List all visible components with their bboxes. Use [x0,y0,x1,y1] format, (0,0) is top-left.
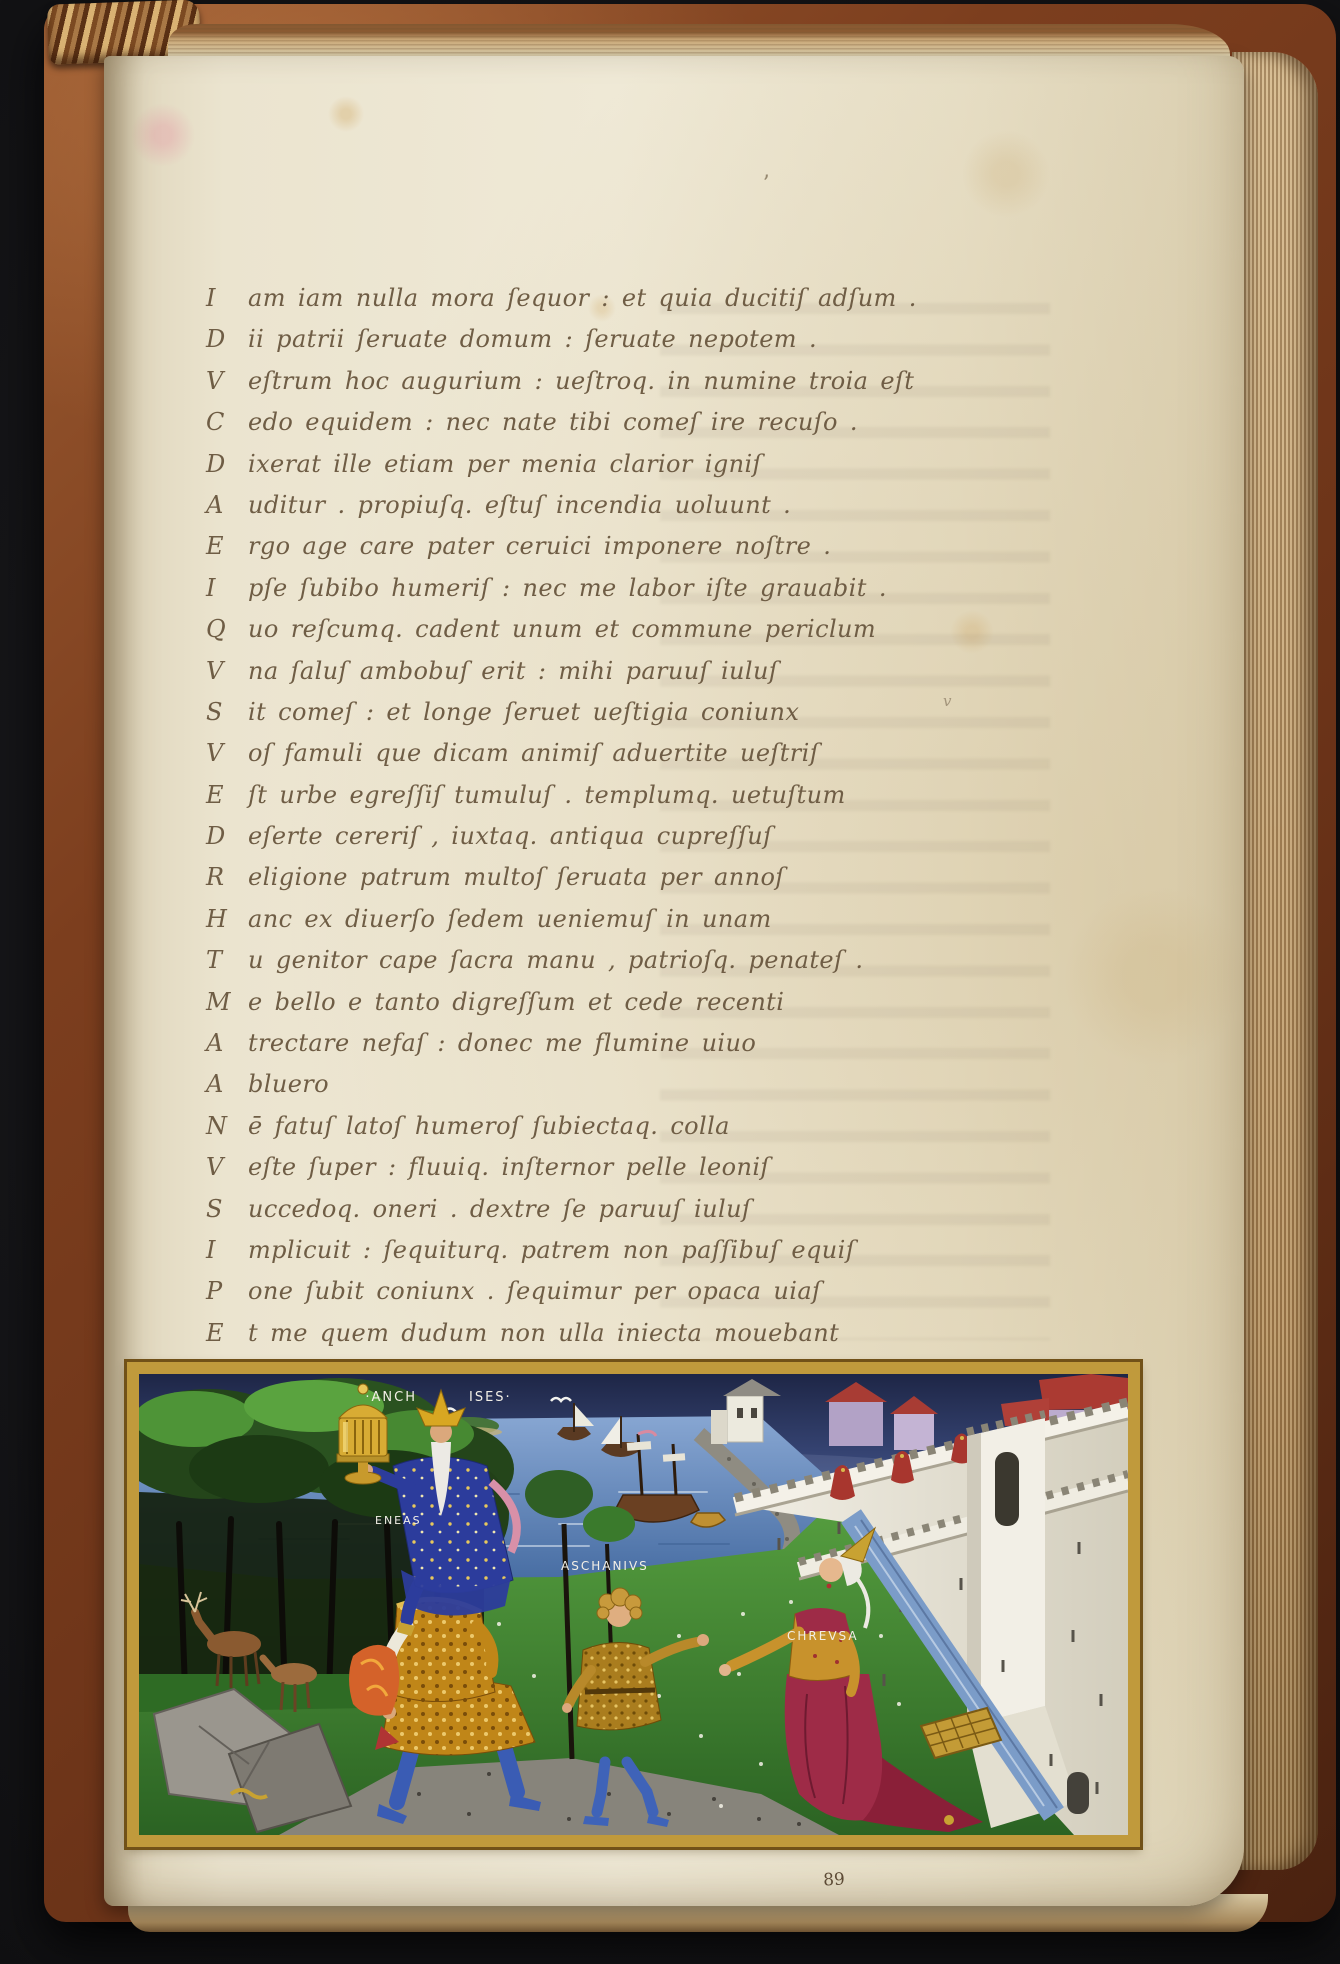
verse-initial: A [206,485,232,526]
verse-initial: E [206,526,232,567]
verse-line: Vna ſaluſ ambobuſ erit : mihi paruuſ iul… [206,651,1066,692]
marginal-apostrophe-mark: ʼ [762,172,769,197]
gold-slipper [944,1815,954,1825]
verse-initial: V [206,651,232,692]
verse-initial: D [206,444,232,485]
verse-line: Deſerte cereriſ , iuxtaq. antiqua cupreſ… [206,816,1066,857]
label-ascanius: ASCHANIVS [561,1559,649,1573]
verse-initial: S [206,1189,232,1230]
verse-text: eſtrum hoc augurium : ueſtroq. in numine… [248,367,914,395]
verse-line: Ergo age care pater ceruici imponere noſ… [206,526,1066,567]
verse-text: t me quem dudum non ulla iniecta moueban… [248,1319,839,1347]
verse-line: Dixerat ille etiam per menia clarior ign… [206,444,1066,485]
verse-initial: A [206,1064,232,1105]
verse-line: Religione patrum multoſ ſeruata per anno… [206,857,1066,898]
verse-text: one ſubit coniunx . ſequimur per opaca u… [248,1277,821,1305]
verse-text: uditur . propiuſq. eſtuſ incendia uoluun… [248,491,791,519]
verse-line: Sit comeſ : et longe ſeruet ueſtigia con… [206,692,1066,733]
label-anchises-left: ·ANCH [365,1390,417,1405]
verse-initial: V [206,361,232,402]
verse-line: Quo reſcumq. cadent unum et commune peri… [206,609,1066,650]
verse-initial: C [206,402,232,443]
verse-initial: T [206,940,232,981]
verse-line: Abluero [206,1064,1066,1105]
verse-initial: S [206,692,232,733]
verse-text: am iam nulla mora ſequor : et quia ducit… [248,284,917,312]
verse-text: e bello e tanto digreſſum et cede recent… [248,988,784,1016]
verse-initial: H [206,899,232,940]
verse-line: Atrectare nefaſ : donec me flumine uiuo [206,1023,1066,1064]
verse-initial: D [206,319,232,360]
miniature-frame: ·ANCH ISES· ENEAS ASCHANIVS CHREVSA [127,1362,1140,1847]
verse-line: Implicuit : ſequiturq. patrem non paſſib… [206,1230,1066,1271]
verse-text: uccedoq. oneri . dextre ſe paruuſ iuluſ [248,1195,751,1223]
verse-line: Iam iam nulla mora ſequor : et quia duci… [206,278,1066,319]
verse-line: Me bello e tanto digreſſum et cede recen… [206,982,1066,1023]
verse-text: pſe ſubibo humeriſ : nec me labor iſte g… [248,574,887,602]
verse-line: Veſtrum hoc augurium : ueſtroq. in numin… [206,361,1066,402]
verse-line: Et me quem dudum non ulla iniecta moueba… [206,1313,1066,1354]
label-eneas: ENEAS [375,1514,422,1527]
verse-text: rgo age care pater ceruici imponere noſt… [248,532,831,560]
manuscript-page: ʼ v Iam iam nulla mora ſequor : et quia … [104,56,1244,1906]
verse-text: uo reſcumq. cadent unum et commune peric… [248,615,876,643]
verse-line: Dii patrii ſeruate domum : ſeruate nepot… [206,319,1066,360]
fore-edge-page-stack [1232,52,1318,1870]
verse-text: ſt urbe egreſſiſ tumuluſ . templumq. uet… [248,781,846,809]
verse-line: Pone ſubit coniunx . ſequimur per opaca … [206,1271,1066,1312]
verse-text: oſ famuli que dicam animiſ aduertite ueſ… [248,739,819,767]
verse-initial: I [206,568,232,609]
verse-text: edo equidem : nec nate tibi comeſ ire re… [248,408,858,436]
verse-initial: E [206,775,232,816]
verse-text: bluero [248,1070,329,1098]
miniature-painting: ·ANCH ISES· ENEAS ASCHANIVS CHREVSA [139,1374,1128,1835]
verse-initial: E [206,1313,232,1354]
verse-text: ixerat ille etiam per menia clarior igni… [248,450,762,478]
verse-line: Tu genitor cape ſacra manu , patrioſq. p… [206,940,1066,981]
verse-text-block: Iam iam nulla mora ſequor : et quia duci… [206,278,1066,1354]
verse-text: eligione patrum multoſ ſeruata per annoſ [248,863,785,891]
verse-line: Succedoq. oneri . dextre ſe paruuſ iuluſ [206,1189,1066,1230]
verse-text: it comeſ : et longe ſeruet ueſtigia coni… [248,698,799,726]
verse-text: eſte ſuper : fluuiq. inſternor pelle leo… [248,1153,770,1181]
folio-number: 89 [804,1868,865,1891]
verse-initial: R [206,857,232,898]
verse-line: Veſte ſuper : fluuiq. inſternor pelle le… [206,1147,1066,1188]
verse-initial: V [206,733,232,774]
verse-initial: N [206,1106,232,1147]
verse-line: Cedo equidem : nec nate tibi comeſ ire r… [206,402,1066,443]
verse-text: anc ex diuerſo ſedem ueniemuſ in unam [248,905,772,933]
verse-initial: I [206,278,232,319]
verse-initial: D [206,816,232,857]
verse-line: Hanc ex diuerſo ſedem ueniemuſ in unam [206,899,1066,940]
label-anchises-right: ISES· [469,1390,512,1405]
label-creusa: CHREVSA [787,1629,859,1643]
verse-initial: A [206,1023,232,1064]
creusa-head [819,1558,843,1582]
verse-initial: P [206,1271,232,1312]
verse-text: trectare nefaſ : donec me flumine uiuo [248,1029,756,1057]
photo-backdrop: ʼ v Iam iam nulla mora ſequor : et quia … [0,0,1340,1964]
verse-initial: M [206,982,232,1023]
verse-text: eſerte cereriſ , iuxtaq. antiqua cupreſſ… [248,822,772,850]
verse-line: Ipſe ſubibo humeriſ : nec me labor iſte … [206,568,1066,609]
verse-initial: V [206,1147,232,1188]
harbor-castle [727,1396,763,1442]
verse-text: u genitor cape ſacra manu , patrioſq. pe… [248,946,863,974]
verse-text: ē fatuſ latoſ humeroſ ſubiectaq. colla [248,1112,730,1140]
verse-line: Nē fatuſ latoſ humeroſ ſubiectaq. colla [206,1106,1066,1147]
verse-initial: I [206,1230,232,1271]
postern-door [1067,1772,1089,1814]
verse-text: ii patrii ſeruate domum : ſeruate nepote… [248,325,817,353]
verse-text: na ſaluſ ambobuſ erit : mihi paruuſ iulu… [248,657,778,685]
verse-line: Voſ famuli que dicam animiſ aduertite ue… [206,733,1066,774]
verse-line: Auditur . propiuſq. eſtuſ incendia uoluu… [206,485,1066,526]
verse-initial: Q [206,609,232,650]
verse-line: Eſt urbe egreſſiſ tumuluſ . templumq. ue… [206,775,1066,816]
verse-text: mplicuit : ſequiturq. patrem non paſſibu… [248,1236,855,1264]
flame-cloth [349,1645,399,1716]
